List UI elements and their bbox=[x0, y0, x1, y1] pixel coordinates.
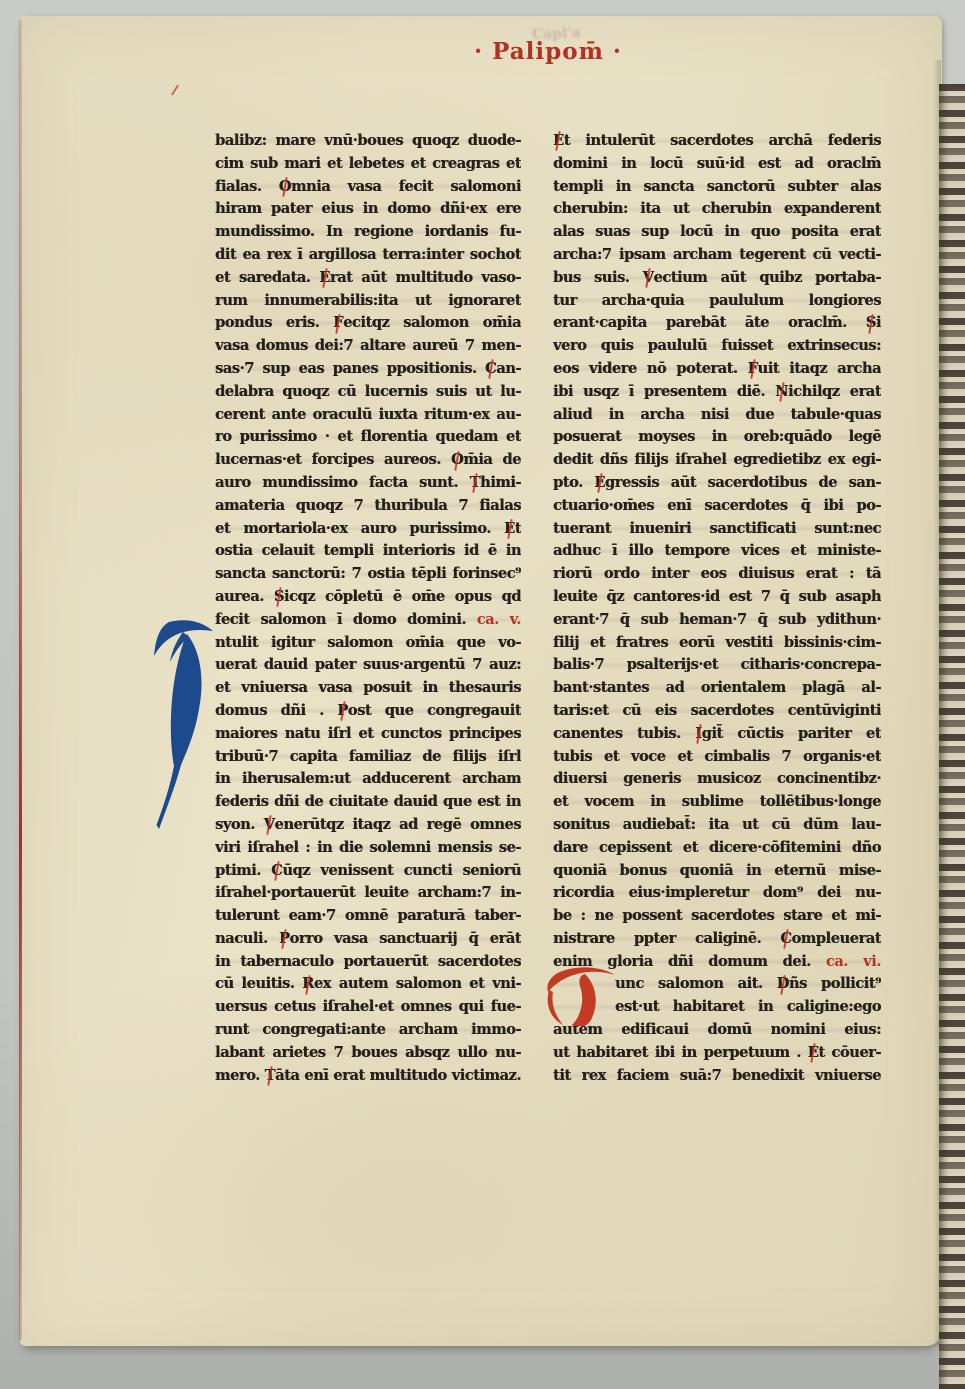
text-line: et mortariola·ex auro purissimo. Et bbox=[215, 518, 521, 541]
text-line: domini in locū suū·id est ad oraclm̄ bbox=[553, 153, 881, 176]
text-line: tulerunt eam·7 omnē paraturā taber- bbox=[215, 905, 521, 928]
text-line: dare cepissent et dicere·cōfitemini dño bbox=[553, 837, 881, 860]
rubricated-capital: T bbox=[470, 472, 480, 495]
text-line: alas suas sup locū in quo posita erat bbox=[553, 221, 881, 244]
text-line: canentes tubis. Igit̄ cūctis pariter et bbox=[553, 723, 881, 746]
text-line: sonitus audiebat̄: ita ut cū dūm lau- bbox=[553, 814, 881, 837]
rubricated-capital: E bbox=[808, 1042, 819, 1065]
rubricated-capital: D bbox=[777, 973, 789, 996]
rubricated-capital: F bbox=[748, 358, 758, 381]
manuscript-scan: Capl'a · Palipom̄ · balibz: mare vnū·bou… bbox=[0, 0, 965, 1389]
text-line: cerent ante oraculū iuxta ritum·ex au- bbox=[215, 404, 521, 427]
text-line: iſrahel·portauerūt leuite archam:7 in- bbox=[215, 882, 521, 905]
page-edge-strip bbox=[939, 84, 965, 1389]
text-line: mundissimo. In regione iordanis fu- bbox=[215, 221, 521, 244]
text-line: balibz: mare vnū·boues quoqz duode- bbox=[215, 130, 521, 153]
text-line: ostia celauit templi interioris id ē in bbox=[215, 540, 521, 563]
chapter-marker: ca. vi. bbox=[826, 953, 881, 970]
red-edge-line bbox=[19, 20, 22, 1340]
text-line: cim sub mari et lebetes et creagras et bbox=[215, 153, 521, 176]
text-line: bant·stantes ad orientalem plagā al- bbox=[553, 677, 881, 700]
text-line: aurea. Sicqz cōpletū ē om̄e opus qd bbox=[215, 586, 521, 609]
text-line: tuerant inueniri sanctificati sunt:nec bbox=[553, 518, 881, 541]
text-line: filij et fratres eorū vestiti bissinis·c… bbox=[553, 632, 881, 655]
text-line: labant arietes 7 boues absqz ullo nu- bbox=[215, 1042, 521, 1065]
text-line: et vocem in sublime tollētibus·longe bbox=[553, 791, 881, 814]
text-line: tribuū·7 capita familiaz de filijs iſrl bbox=[215, 746, 521, 769]
text-line: cherubin: ita ut cherubin expanderent bbox=[553, 198, 881, 221]
text-line: ptimi. Cūqz venissent cuncti seniorū bbox=[215, 860, 521, 883]
text-line: in tabernaculo portauerūt sacerdotes bbox=[215, 951, 521, 974]
text-line: ro purissimo · et florentia quedam et bbox=[215, 426, 521, 449]
rubricated-capital: E bbox=[553, 130, 564, 153]
text-line: viri iſrahel : in die solemni mensis se- bbox=[215, 837, 521, 860]
rubricated-capital: I bbox=[695, 723, 701, 746]
text-line: tit rex faciem suā:7 benedixit vniuerse bbox=[553, 1065, 881, 1088]
text-line: pto. Egressis aūt sacerdotibus de san- bbox=[553, 472, 881, 495]
text-line: mero. Tāta enī erat multitudo victimaz. bbox=[215, 1065, 521, 1088]
rubricated-capital: E bbox=[319, 267, 330, 290]
text-line: vasa domus dei:7 altare aureū 7 men- bbox=[215, 335, 521, 358]
text-line: cū leuitis. Rex autem salomon et vni- bbox=[215, 973, 521, 996]
rubricated-capital: V bbox=[643, 267, 654, 290]
text-column-right: Et intulerūt sacerdotes archā federisdom… bbox=[553, 130, 881, 1087]
text-line: eos videre nō poterat. Fuit itaqz archa bbox=[553, 358, 881, 381]
text-line: naculi. Porro vasa sanctuarij q̄ erāt bbox=[215, 928, 521, 951]
illuminated-initial-I bbox=[153, 616, 217, 842]
rubricated-capital: E bbox=[504, 518, 515, 541]
text-line: quoniā bonus quoniā in eternū mise- bbox=[553, 860, 881, 883]
text-line: tubis et voce et cimbalis 7 organis·et bbox=[553, 746, 881, 769]
running-header: · Palipom̄ · bbox=[215, 38, 881, 65]
text-line: erant·capita parebāt āte oraclm̄. Si bbox=[553, 312, 881, 335]
text-line: erant·7 q̄ sub heman·7 q̄ sub ydithun· bbox=[553, 609, 881, 632]
rubricated-initial-T bbox=[545, 966, 617, 1026]
text-line: lucernas·et forcipes aureos. Om̄ia de bbox=[215, 449, 521, 472]
text-line: dit ea rex ī argillosa terra:inter socho… bbox=[215, 244, 521, 267]
text-line: uerat dauid pater suus·argentū 7 auz: bbox=[215, 654, 521, 677]
text-line: dedit dñs filijs iſrahel egredietibz ex … bbox=[553, 449, 881, 472]
rubricated-capital: V bbox=[264, 814, 275, 837]
text-line: fialas. Omnia vasa fecit salomoni bbox=[215, 176, 521, 199]
text-line: uersus cetus iſrahel·et omnes qui fue- bbox=[215, 996, 521, 1019]
text-line: delabra quoqz cū lucernis suis ut lu- bbox=[215, 381, 521, 404]
text-line: runt congregati:ante archam immo- bbox=[215, 1019, 521, 1042]
rubricated-capital: N bbox=[775, 381, 788, 404]
rubricated-capital: C bbox=[780, 928, 791, 951]
rubricated-capital: C bbox=[271, 860, 282, 883]
rubricated-capital: P bbox=[337, 700, 348, 723]
text-line: templi in sancta sanctorū subter alas bbox=[553, 176, 881, 199]
text-line: ibi usqz ī presentem diē. Nichilqz erat bbox=[553, 381, 881, 404]
text-line: Et intulerūt sacerdotes archā federis bbox=[553, 130, 881, 153]
text-line: maiores natu iſrl et cunctos principes bbox=[215, 723, 521, 746]
text-line: hiram pater eius in domo dñi·ex ere bbox=[215, 198, 521, 221]
text-line: bus suis. Vectium aūt quibz portaba- bbox=[553, 267, 881, 290]
text-line: leuite q̄z cantores·id est 7 q̄ sub asap… bbox=[553, 586, 881, 609]
text-line: domus dñi . Post que congregauit bbox=[215, 700, 521, 723]
rubricated-capital: S bbox=[866, 312, 876, 335]
text-line: ntulit igitur salomon om̄ia que vo- bbox=[215, 632, 521, 655]
rubricated-capital: E bbox=[594, 472, 605, 495]
text-line: ctuario·om̄es enī sacerdotes q̄ ibi po- bbox=[553, 495, 881, 518]
text-line: nistrare ppter caliginē. Compleuerat bbox=[553, 928, 881, 951]
rubricated-capital: P bbox=[279, 928, 290, 951]
chapter-marker: ca. v. bbox=[477, 611, 521, 628]
text-line: et vniuersa vasa posuit in thesauris bbox=[215, 677, 521, 700]
text-line: vero quis paululū fuisset extrinsecus: bbox=[553, 335, 881, 358]
rubricated-capital: C bbox=[485, 358, 496, 381]
text-line: ricordia eius·impleretur dom⁹ dei nu- bbox=[553, 882, 881, 905]
text-line: fecit salomon ī domo domini. ca. v. bbox=[215, 609, 521, 632]
text-line: sancta sanctorū: 7 ostia tēpli forinsec⁹ bbox=[215, 563, 521, 586]
text-line: riorū ordo inter eos diuisus erat : tā bbox=[553, 563, 881, 586]
text-line: syon. Venerūtqz itaqz ad regē omnes bbox=[215, 814, 521, 837]
text-line: diuersi generis musicoz concinentibz· bbox=[553, 768, 881, 791]
rubricated-capital: S bbox=[274, 586, 284, 609]
rubricated-capital: O bbox=[451, 449, 463, 472]
text-line: federis dñi de ciuitate dauid que est in bbox=[215, 791, 521, 814]
rubricated-capital: R bbox=[302, 973, 314, 996]
text-line: amateria quoqz 7 thuribula 7 fialas bbox=[215, 495, 521, 518]
text-line: pondus eris. Fecitqz salomon om̄ia bbox=[215, 312, 521, 335]
text-line: auro mundissimo facta sunt. Thimi- bbox=[215, 472, 521, 495]
text-line: in iherusalem:ut adducerent archam bbox=[215, 768, 521, 791]
text-line: be : ne possent sacerdotes stare et mi- bbox=[553, 905, 881, 928]
text-line: taris:et cū eis sacerdotes centūviginti bbox=[553, 700, 881, 723]
text-line: adhuc ī illo tempore vices et ministe- bbox=[553, 540, 881, 563]
text-column-left: balibz: mare vnū·boues quoqz duode-cim s… bbox=[215, 130, 521, 1087]
text-line: balis·7 psalterijs·et citharis·concrepa- bbox=[553, 654, 881, 677]
rubricated-capital: F bbox=[333, 312, 343, 335]
text-line: sas·7 sup eas panes ppositionis. Can- bbox=[215, 358, 521, 381]
text-line: archa:7 ipsam archam tegerent cū vecti- bbox=[553, 244, 881, 267]
text-line: aliud in archa nisi due tabule·quas bbox=[553, 404, 881, 427]
text-line: ut habitaret ibi in perpetuum . Et cōuer… bbox=[553, 1042, 881, 1065]
text-line: posuerat moyses in oreb:quādo legē bbox=[553, 426, 881, 449]
text-line: rum innumerabilis:ita ut ignoraret bbox=[215, 290, 521, 313]
text-line: tur archa·quia paululum longiores bbox=[553, 290, 881, 313]
rubricated-capital: T bbox=[265, 1065, 275, 1088]
rubricated-capital: O bbox=[279, 176, 291, 199]
text-line: et saredata. Erat aūt multitudo vaso- bbox=[215, 267, 521, 290]
